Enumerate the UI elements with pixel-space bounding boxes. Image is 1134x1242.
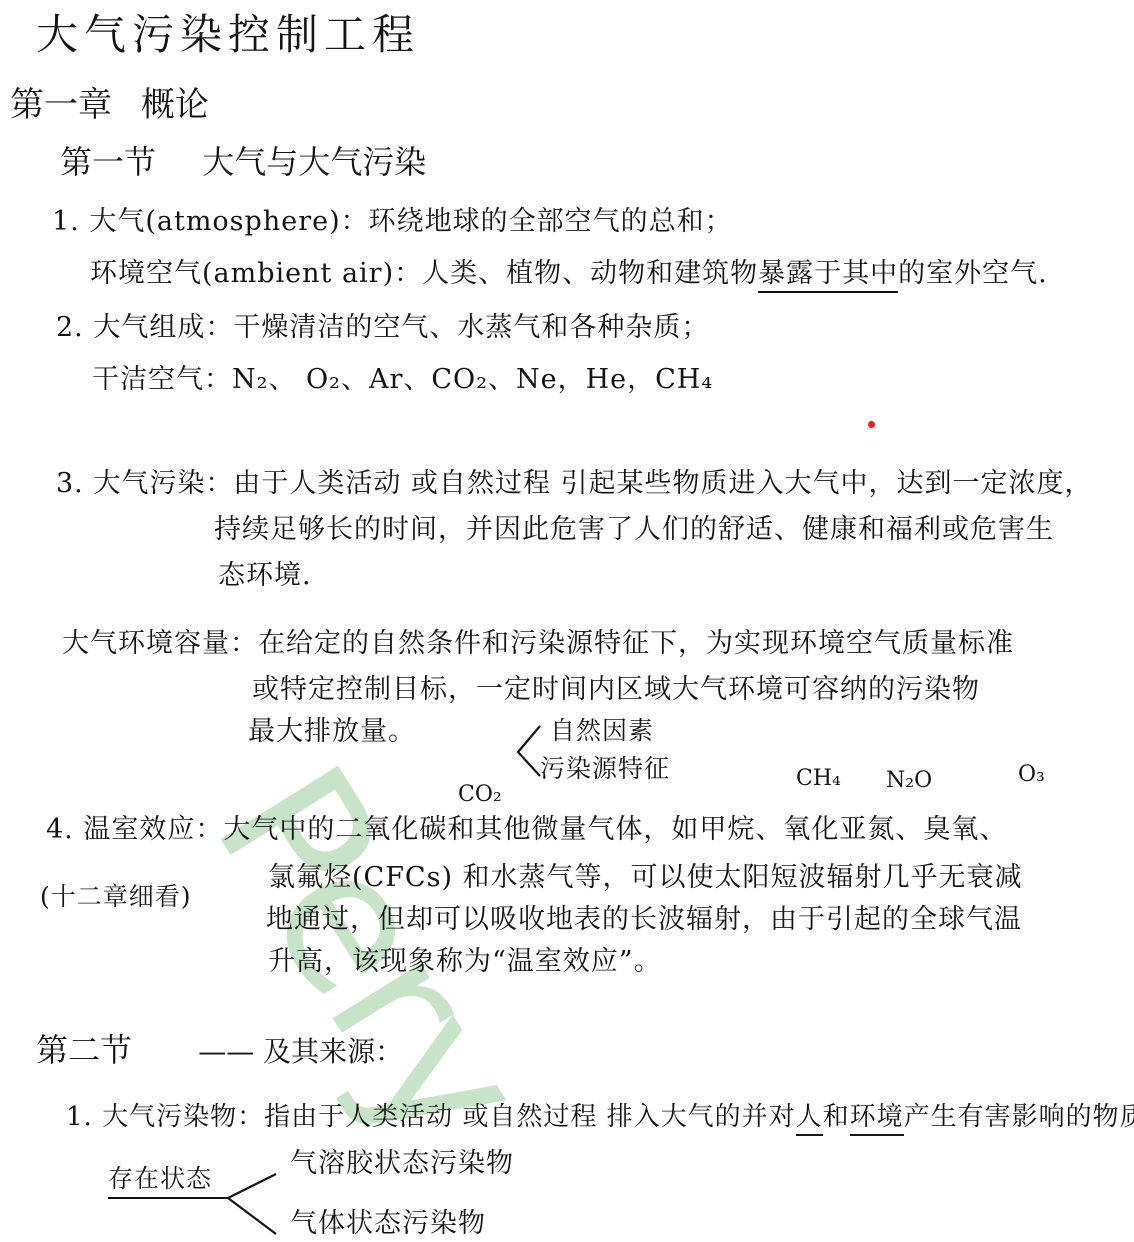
item4-greenhouse-line1: 4. 温室效应：大气中的二氧化碳和其他微量气体，如甲烷、氧化亚氮、臭氧、 [46,816,1007,843]
state-branch-aerosol: 气溶胶状态污染物 [290,1150,514,1177]
capacity-line2: 或特定控制目标，一定时间内区域大气环境可容纳的污染物 [252,676,980,703]
existence-state-label: 存在状态 [108,1166,228,1199]
pollutant-definition-text: 1. 大气污染物：指由于人类活动 或自然过程 排入大气的并对 [66,1102,796,1132]
underlined-phrase: 暴露于其中 [758,258,898,293]
annotation-ch4: CH₄ [796,768,841,790]
item2-composition: 2. 大气组成：干燥清洁的空气、水蒸气和各种杂质； [56,314,709,341]
item4-greenhouse-line4: 升高，该现象称为“温室效应”。 [268,948,662,975]
conjunction-and: 和 [823,1102,850,1132]
capacity-branch-natural: 自然因素 [550,718,654,743]
annotation-co2: CO₂ [458,784,502,806]
branch-fork-icon [226,1168,286,1242]
section1-label: 第一节 [60,143,156,181]
state-branch-gaseous: 气体状态污染物 [290,1210,486,1237]
annotation-n2o: N₂O [886,770,932,792]
item3-air-pollution-line3: 态环境. [218,562,312,589]
item2-dry-air-gases: 干洁空气：N₂、 O₂、Ar、CO₂、Ne，He，CH₄ [92,366,713,393]
chapter-heading: 第一章 概论 [10,88,209,122]
item3-air-pollution-line2: 持续足够长的时间，并因此危害了人们的舒适、健康和福利或危害生 [214,516,1054,543]
page-title: 大气污染控制工程 [36,14,420,56]
section2-heading: 第二节 —— 及其来源： [36,1034,403,1066]
capacity-line1: 大气环境容量：在给定的自然条件和污染源特征下，为实现环境空气质量标准 [62,630,1014,657]
section1-name: 大气与大气污染 [202,143,426,181]
item1-ambient-air-definition: 环境空气(ambient air)：人类、植物、动物和建筑物暴露于其中的室外空气… [90,260,1048,287]
ambient-air-text: 环境空气(ambient air)：人类、植物、动物和建筑物 [90,258,758,289]
section2-name: —— 及其来源： [198,1035,403,1068]
capacity-branch-source: 污染源特征 [540,756,670,781]
capacity-line3: 最大排放量。 [248,718,416,745]
side-note-chapter12: (十二章细看) [40,884,192,909]
red-marker-dot [868,421,875,428]
section1-heading: 第一节 大气与大气污染 [60,146,426,178]
underlined-environment: 环境 [850,1102,904,1136]
underlined-human: 人 [796,1102,823,1136]
handwritten-notes-page: Pery 大气污染控制工程 第一章 概论 第一节 大气与大气污染 1. 大气(a… [0,0,1134,1242]
item3-air-pollution-line1: 3. 大气污染：由于人类活动 或自然过程 引起某些物质进入大气中，达到一定浓度， [56,470,1093,497]
pollutant-definition-suffix: 产生有害影响的物质； [904,1102,1134,1132]
item4-greenhouse-line3: 地通过，但却可以吸收地表的长波辐射，由于引起的全球气温 [266,906,1022,933]
annotation-o3: O₃ [1018,764,1045,786]
item1-atmosphere-definition: 1. 大气(atmosphere)：环绕地球的全部空气的总和； [52,208,733,235]
item4-greenhouse-line2: 氯氟烃(CFCs) 和水蒸气等，可以使太阳短波辐射几乎无衰减 [268,864,1023,891]
ambient-air-suffix: 的室外空气. [898,258,1048,289]
section2-item1-pollutant-definition: 1. 大气污染物：指由于人类活动 或自然过程 排入大气的并对人和环境产生有害影响… [66,1104,1134,1130]
section2-label: 第二节 [36,1031,132,1069]
chapter-name: 概论 [141,85,209,125]
chapter-label: 第一章 [10,85,112,125]
